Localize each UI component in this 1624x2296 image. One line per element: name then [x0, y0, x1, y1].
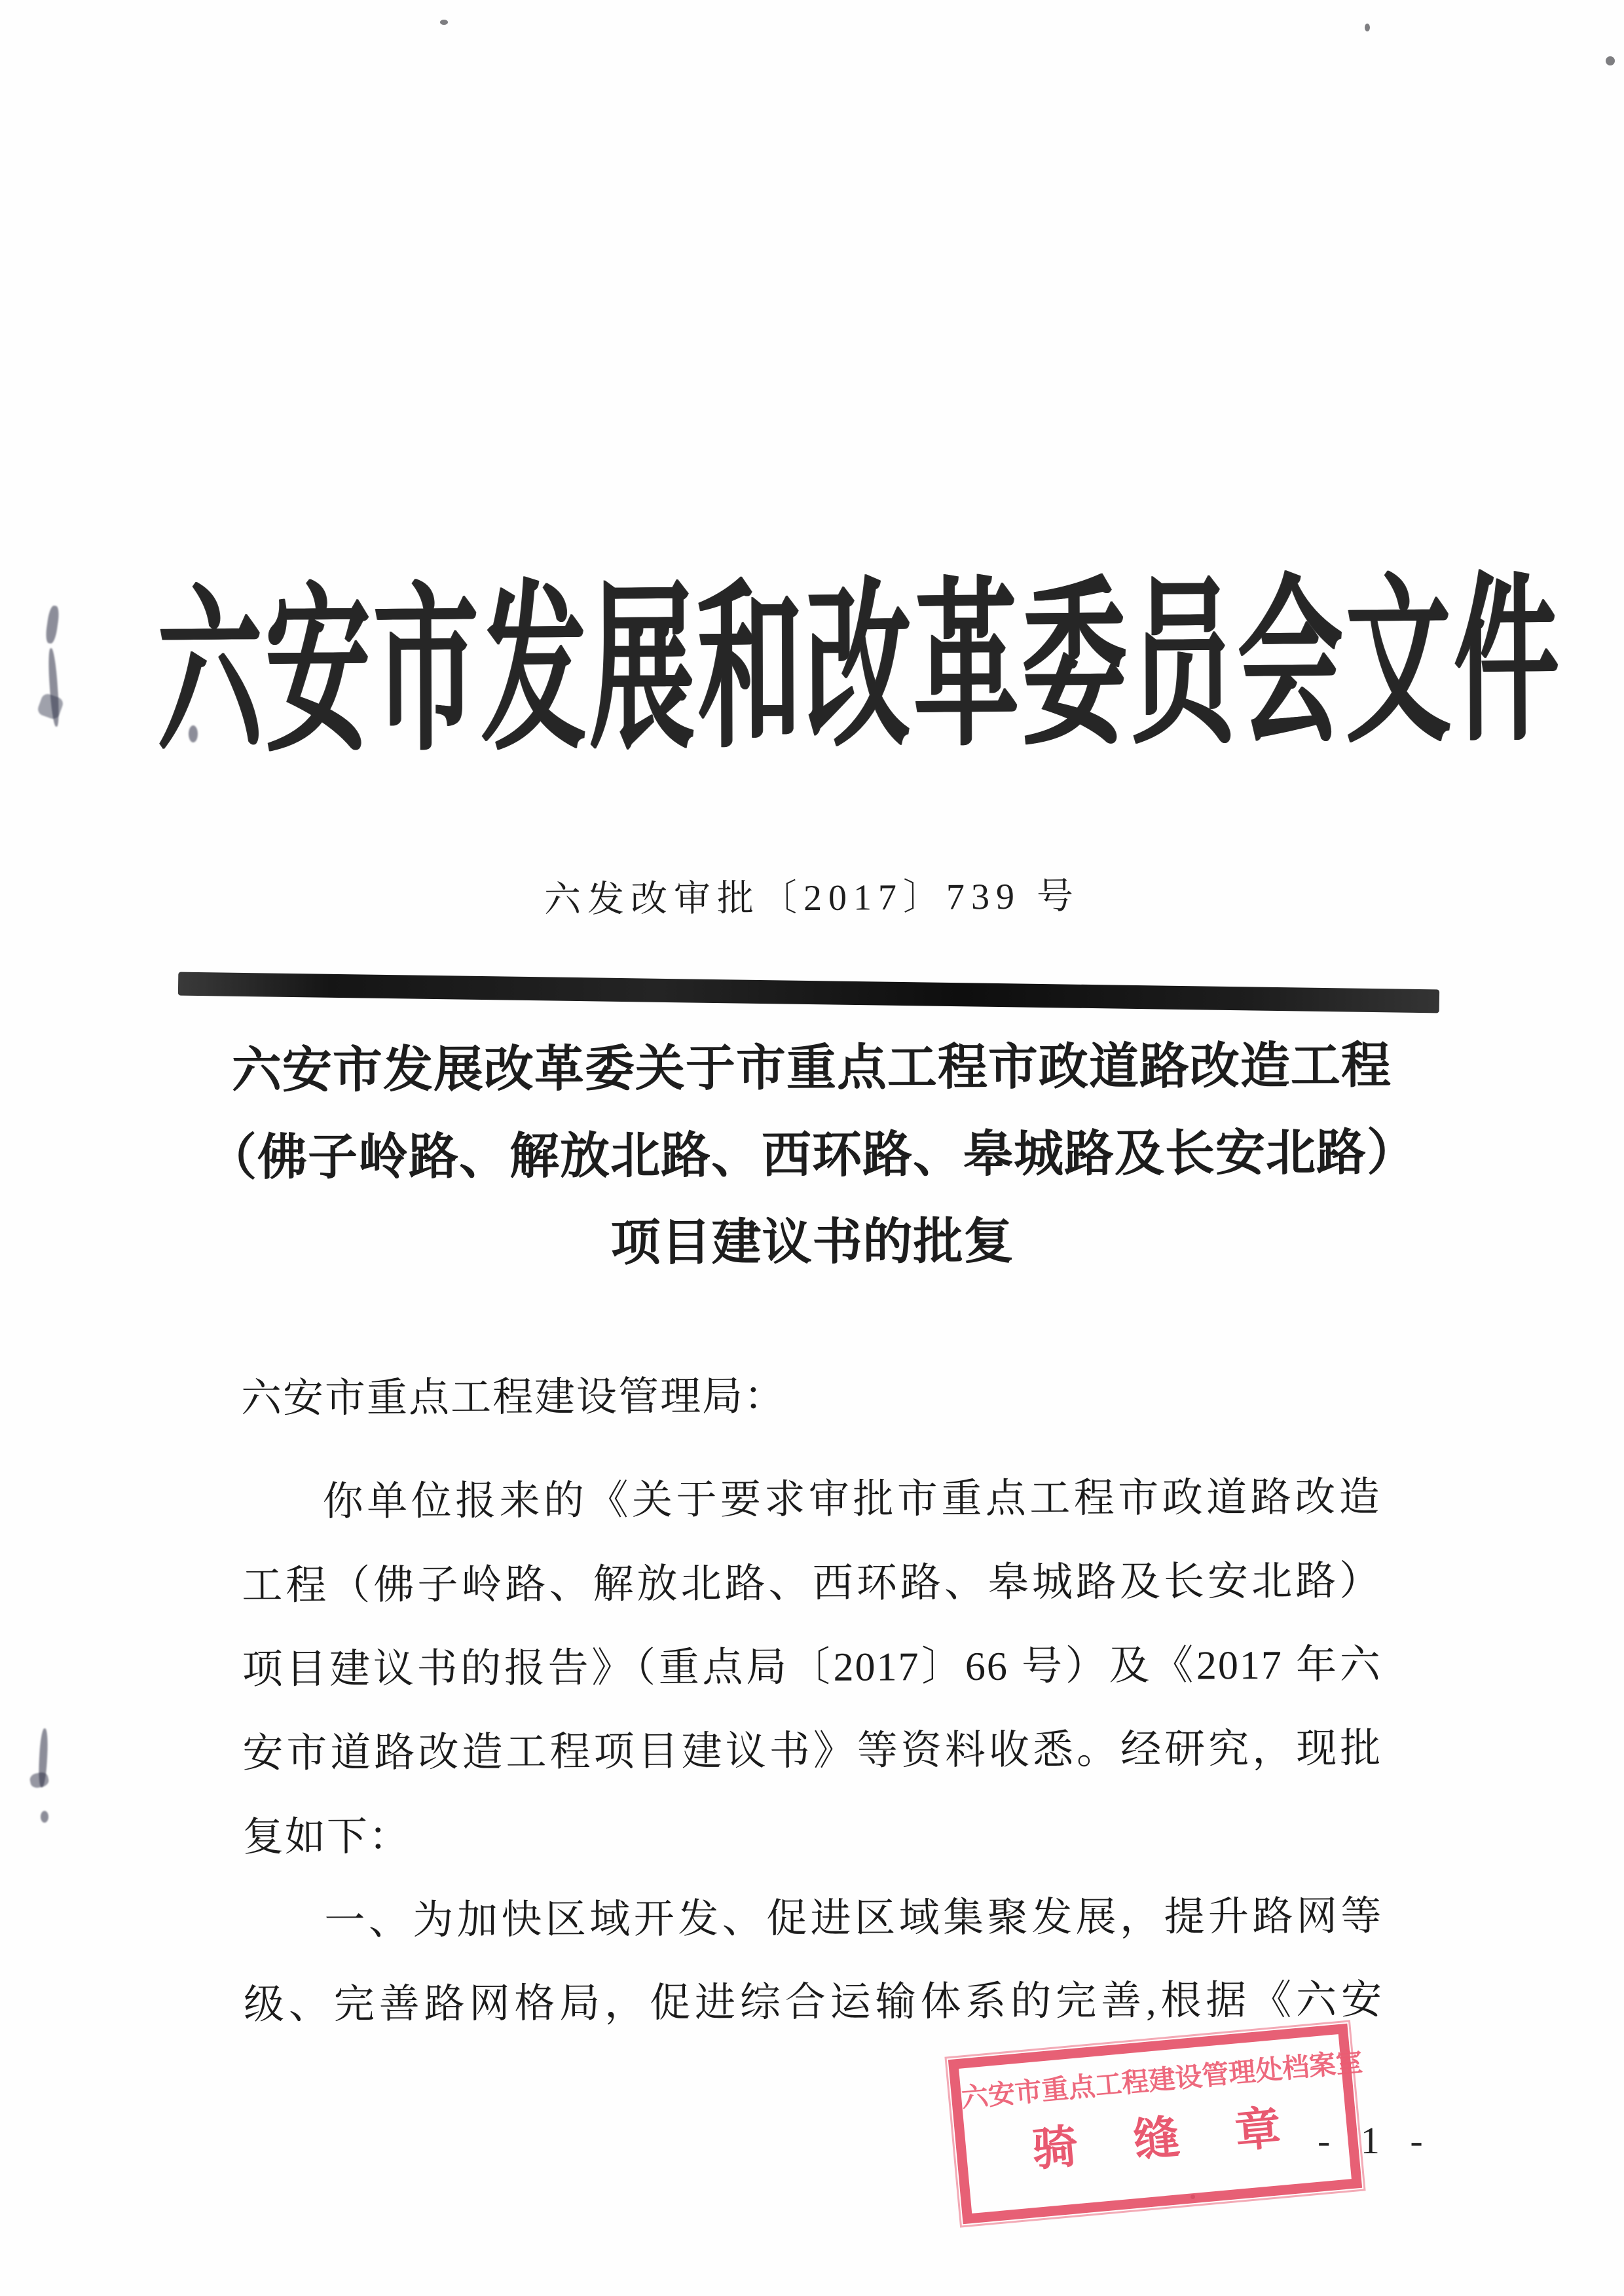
header-separator-bar	[178, 972, 1439, 1013]
document-title-line: 项目建议书的批复	[183, 1197, 1441, 1289]
page-number: - 1 -	[1318, 2120, 1433, 2162]
scan-speck	[1365, 24, 1370, 31]
document-title: 六安市发展改革委关于市重点工程市政道路改造工程 （佛子岭路、解放北路、西环路、皋…	[183, 1023, 1441, 1289]
scan-artifact	[41, 1811, 48, 1823]
document-body: 六安市重点工程建设管理局： 你单位报来的《关于要求审批市重点工程市政道路改造 工…	[241, 1352, 1384, 2047]
scan-speck	[1606, 56, 1615, 65]
scan-artifact	[36, 692, 65, 721]
body-line: 你单位报来的《关于要求审批市重点工程市政道路改造	[241, 1455, 1381, 1544]
body-line: 级、完善路网格局，促进综合运输体系的完善,根据《六安	[244, 1958, 1384, 2047]
body-line: 工程（佛子岭路、解放北路、西环路、皋城路及长安北路）	[242, 1539, 1382, 1628]
body-line: 项目建议书的报告》（重点局〔2017〕66 号）及《2017 年六	[242, 1623, 1382, 1712]
body-line: 安市道路改造工程项目建议书》等资料收悉。经研究，现批	[242, 1707, 1382, 1796]
document-header-title: 六安市发展和改革委员会文件	[157, 565, 1422, 773]
scan-artifact	[189, 725, 198, 742]
document-title-line: （佛子岭路、解放北路、西环路、皋城路及长安北路）	[183, 1110, 1441, 1202]
scan-artifact	[45, 605, 60, 644]
document-page: 六安市发展和改革委员会文件 六发改审批〔2017〕739 号 六安市发展改革委关…	[0, 0, 1624, 2296]
salutation-line: 六安市重点工程建设管理局：	[241, 1352, 1381, 1441]
scan-speck	[440, 20, 448, 25]
body-line: 复如下：	[243, 1791, 1383, 1880]
body-line: 一、为加快区域开发、促进区域集聚发展，提升路网等	[243, 1874, 1383, 1963]
archive-stamp: 六安市重点工程建设管理处档案室 骑 缝 章	[948, 2024, 1362, 2224]
document-title-line: 六安市发展改革委关于市重点工程市政道路改造工程	[183, 1023, 1441, 1115]
document-number: 六发改审批〔2017〕739 号	[0, 869, 1624, 927]
scan-artifact	[29, 1771, 50, 1789]
